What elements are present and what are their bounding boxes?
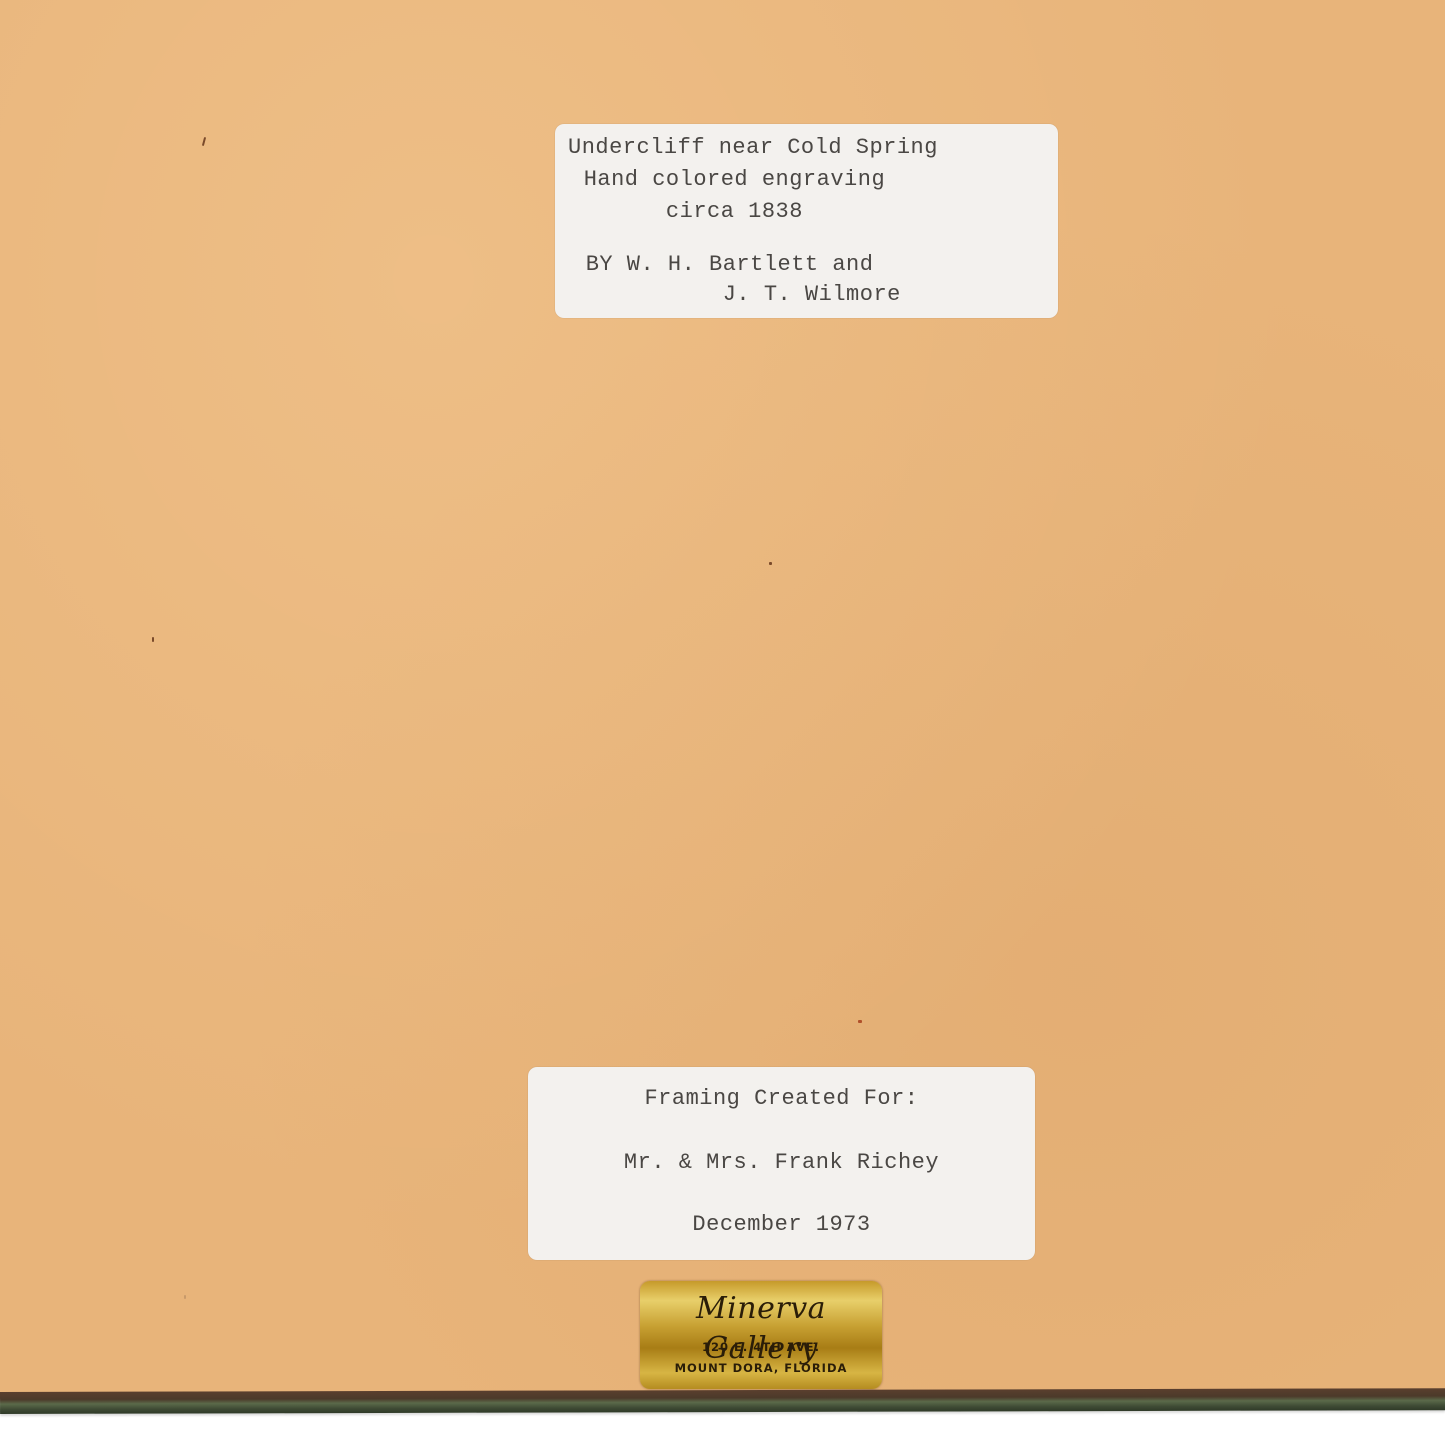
gallery-address: 120 E. 4TH AVE. [640, 1340, 882, 1354]
framing-heading: Framing Created For: [528, 1083, 1035, 1115]
title-label: Undercliff near Cold Spring Hand colored… [555, 124, 1058, 318]
artwork-engraver: J. T. Wilmore [572, 279, 901, 311]
artwork-artist: BY W. H. Bartlett and [572, 249, 873, 281]
paper-speck [769, 562, 772, 565]
gallery-name: Minerva Gallery [640, 1289, 882, 1369]
artwork-date: circa 1838 [570, 196, 803, 228]
gallery-sticker: Minerva Gallery 120 E. 4TH AVE. MOUNT DO… [640, 1281, 882, 1389]
gallery-city: MOUNT DORA, FLORIDA [640, 1361, 882, 1375]
paper-speck [202, 137, 206, 146]
artwork-medium: Hand colored engraving [570, 164, 885, 196]
paper-speck [858, 1020, 862, 1023]
paper-speck [152, 637, 154, 642]
paper-speck [184, 1295, 186, 1299]
framing-client: Mr. & Mrs. Frank Richey [528, 1147, 1035, 1179]
frame-edge [0, 1388, 1445, 1414]
framing-date: December 1973 [528, 1209, 1035, 1241]
artwork-title: Undercliff near Cold Spring [568, 132, 938, 164]
framing-label: Framing Created For: Mr. & Mrs. Frank Ri… [528, 1067, 1035, 1260]
kraft-paper-backing: Undercliff near Cold Spring Hand colored… [0, 0, 1445, 1396]
